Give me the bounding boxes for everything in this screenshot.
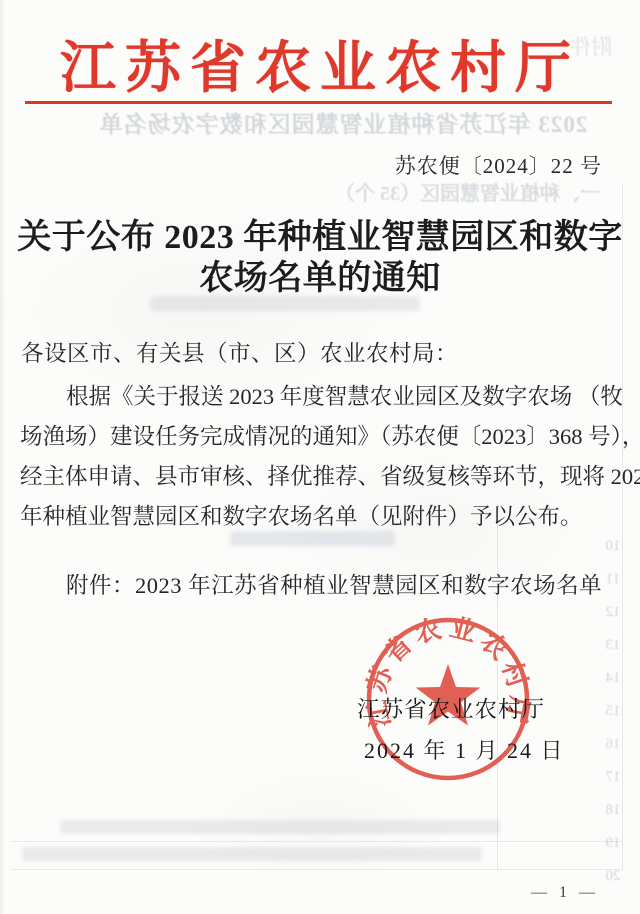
bleedthrough-section-heading: 一、种植业智慧园区（35 个） (335, 177, 600, 206)
document-number: 苏农便〔2024〕22 号 (395, 150, 602, 180)
signature-date: 2024 年 1 月 24 日 (364, 734, 565, 765)
body-line: 场渔场）建设任务完成情况的通知》（苏农便〔2023〕368 号）， (20, 417, 614, 457)
bleedthrough-table-title: 2023 年江苏省种植业智慧园区和数字农场名单 (85, 106, 601, 139)
page-number: — 1 — (527, 884, 603, 902)
document-title-line1: 关于公布 2023 年种植业智慧园区和数字 (0, 217, 640, 258)
signature-org: 江苏省农业农村厅 (357, 692, 545, 724)
bleedthrough-table-line (10, 869, 622, 870)
attachment-line: 附件：2023 年江苏省种植业智慧园区和数字农场名单 (20, 568, 614, 600)
document-title-line2: 农场名单的通知 (0, 258, 640, 299)
bleedthrough-smudge (60, 820, 500, 834)
salutation: 各设区市、有关县（市、区）农业农村局： (21, 336, 458, 368)
scanned-official-notice-page: 附件 2023 年江苏省种植业智慧园区和数字农场名单 一、种植业智慧园区（35 … (0, 0, 640, 914)
letterhead-org-title: 江苏省农业农村厅 (0, 24, 640, 104)
letterhead-red-rule (25, 101, 612, 104)
bleedthrough-smudge (22, 847, 482, 861)
bleedthrough-table-line (10, 841, 622, 842)
body-line: 经主体申请、县市审核、择优推荐、省级复核等环节，现将 2023 (20, 457, 614, 497)
document-title: 关于公布 2023 年种植业智慧园区和数字 农场名单的通知 (0, 217, 640, 299)
body-paragraph: 根据《关于报送 2023 年度智慧农业园区及数字农场 （牧 场渔场）建设任务完成… (20, 377, 614, 537)
body-line: 根据《关于报送 2023 年度智慧农业园区及数字农场 （牧 (20, 377, 614, 417)
body-line: 年种植业智慧园区和数字农场名单（见附件）予以公布。 (20, 497, 614, 537)
